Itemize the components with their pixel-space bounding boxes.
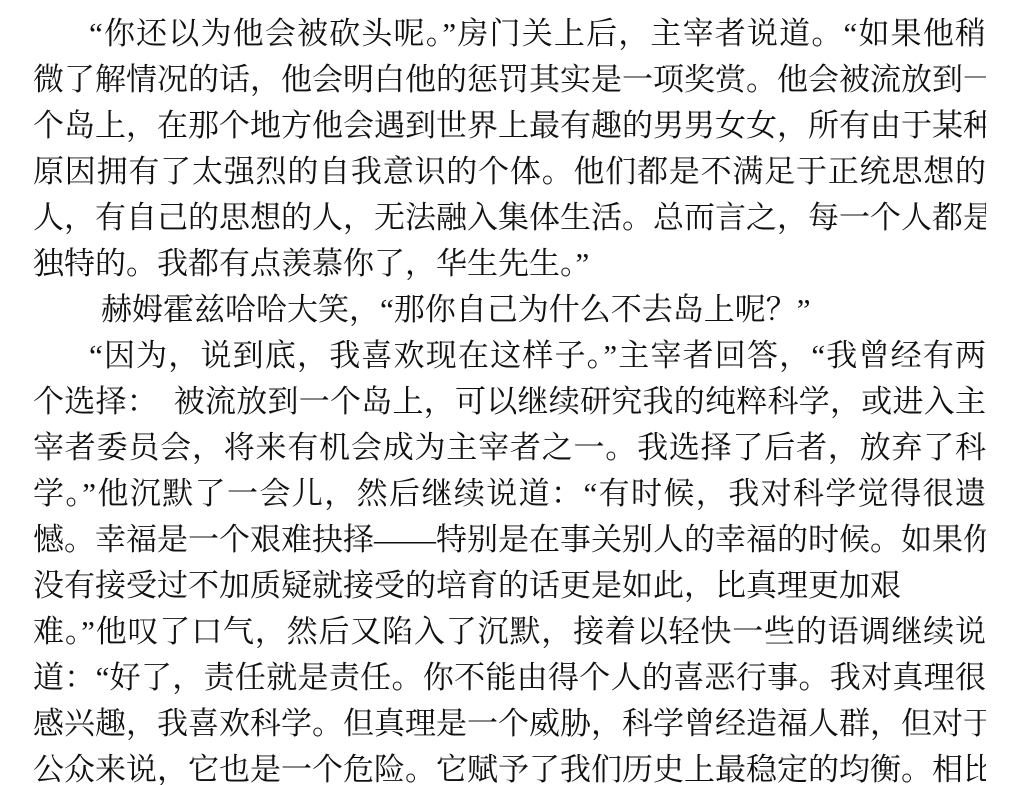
text-line: “因为，说到底，我喜欢现在这样子。”主宰者回答，“我曾经有两 (33, 333, 986, 379)
text-segment: 最稳定的均衡。相比 (715, 752, 986, 785)
text-line: 难。”他叹了口气，然后又陷入了沉默，接着以轻快一些的语调继续说 (33, 609, 986, 655)
text-line: 道：“好了，责任就是责任。你不能由得个人的喜恶行事。我对真理很 (33, 655, 986, 701)
book-page: “你还以为他会被砍头呢。”房门关上后，主宰者说道。“如果他稍 微了解情况的话，他… (0, 0, 1024, 785)
text-line: 个岛上，在那个地方他会遇到世界上最有趣的男男女女，所有由于某种 (33, 103, 986, 149)
text-line: 独特的。我都有点羡慕你了，华生先生。” (33, 241, 986, 287)
text-line: 原因拥有了太强烈的自我意识的个体。他们都是不满足于正统思想的 (33, 149, 986, 195)
text-line: 憾。幸福是一个艰难抉择——特别是在事关别人的幸福的时候。如果你 (33, 517, 986, 563)
text-line: 宰者委员会，将来有机会成为主宰者之一。我选择了后者，放弃了科 (33, 425, 986, 471)
text-segment: 公众来说，它也是一个 (33, 752, 343, 785)
text-line: 没有接受过不加质疑就接受的培育的话更是如此，比真理更加艰 (33, 563, 986, 609)
underline-annotation[interactable]: 危险。它赋予了我们历史 (343, 752, 684, 785)
text-line: “你还以为他会被砍头呢。”房门关上后，主宰者说道。“如果他稍 (33, 11, 986, 57)
text-line: 个选择： 被流放到一个岛上，可以继续研究我的纯粹科学，或进入主 (33, 379, 986, 425)
text-line: 赫姆霍兹哈哈大笑，“那你自己为什么不去岛上呢？” (33, 287, 986, 333)
underline-annotation-tail[interactable]: 上 (684, 752, 715, 785)
text-line: 感兴趣，我喜欢科学。但真理是一个威胁，科学曾经造福人群，但对于 (33, 701, 986, 747)
text-line: 学。”他沉默了一会儿，然后继续说道：“有时候，我对科学觉得很遗 (33, 471, 986, 517)
text-line: 公众来说，它也是一个危险。它赋予了我们历史上最稳定的均衡。相比 (33, 747, 986, 785)
text-line: 人，有自己的思想的人，无法融入集体生活。总而言之，每一个人都是 (33, 195, 986, 241)
text-line: 微了解情况的话，他会明白他的惩罚其实是一项奖赏。他会被流放到一 (33, 57, 986, 103)
